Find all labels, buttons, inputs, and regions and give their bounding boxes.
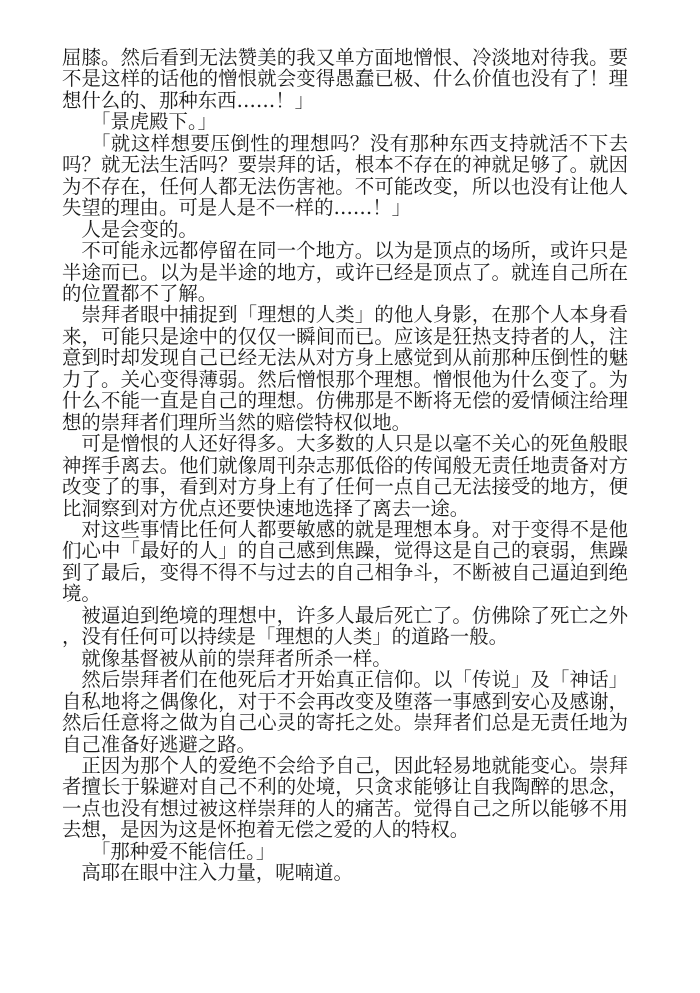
paragraph: 然后崇拜者们在他死后才开始真正信仰。以「传说」及「神话」自私地将之偶像化，对于不… — [62, 669, 628, 755]
paragraph-continuation: 屈膝。然后看到无法赞美的我又单方面地憎恨、冷淡地对待我。要不是这样的话他的憎恨就… — [62, 47, 628, 111]
paragraph: 高耶在眼中注入力量，呢喃道。 — [62, 862, 628, 883]
paragraph: 被逼迫到绝境的理想中，许多人最后死亡了。仿佛除了死亡之外，没有任何可以持续是「理… — [62, 605, 628, 648]
paragraph: 对这些事情比任何人都要敏感的就是理想本身。对于变得不是他们心中「最好的人」的自己… — [62, 519, 628, 605]
paragraph: 可是憎恨的人还好得多。大多数的人只是以毫不关心的死鱼般眼神挥手离去。他们就像周刊… — [62, 433, 628, 519]
paragraph: 就像基督被从前的崇拜者所杀一样。 — [62, 648, 628, 669]
paragraph: 不可能永远都停留在同一个地方。以为是顶点的场所，或许只是半途而已。以为是半途的地… — [62, 240, 628, 304]
paragraph: 人是会变的。 — [62, 219, 628, 240]
dialogue-line: 「景虎殿下。」 — [62, 111, 628, 132]
document-page: 屈膝。然后看到无法赞美的我又单方面地憎恨、冷淡地对待我。要不是这样的话他的憎恨就… — [62, 47, 628, 884]
paragraph: 崇拜者眼中捕捉到「理想的人类」的他人身影，在那个人本身看来，可能只是途中的仅仅一… — [62, 304, 628, 433]
dialogue-line: 「那种爱不能信任。」 — [62, 841, 628, 862]
dialogue-line: 「就这样想要压倒性的理想吗？没有那种东西支持就活不下去吗？就无法生活吗？要崇拜的… — [62, 133, 628, 219]
paragraph: 正因为那个人的爱绝不会给予自己，因此轻易地就能变心。崇拜者擅长于躲避对自己不利的… — [62, 755, 628, 841]
